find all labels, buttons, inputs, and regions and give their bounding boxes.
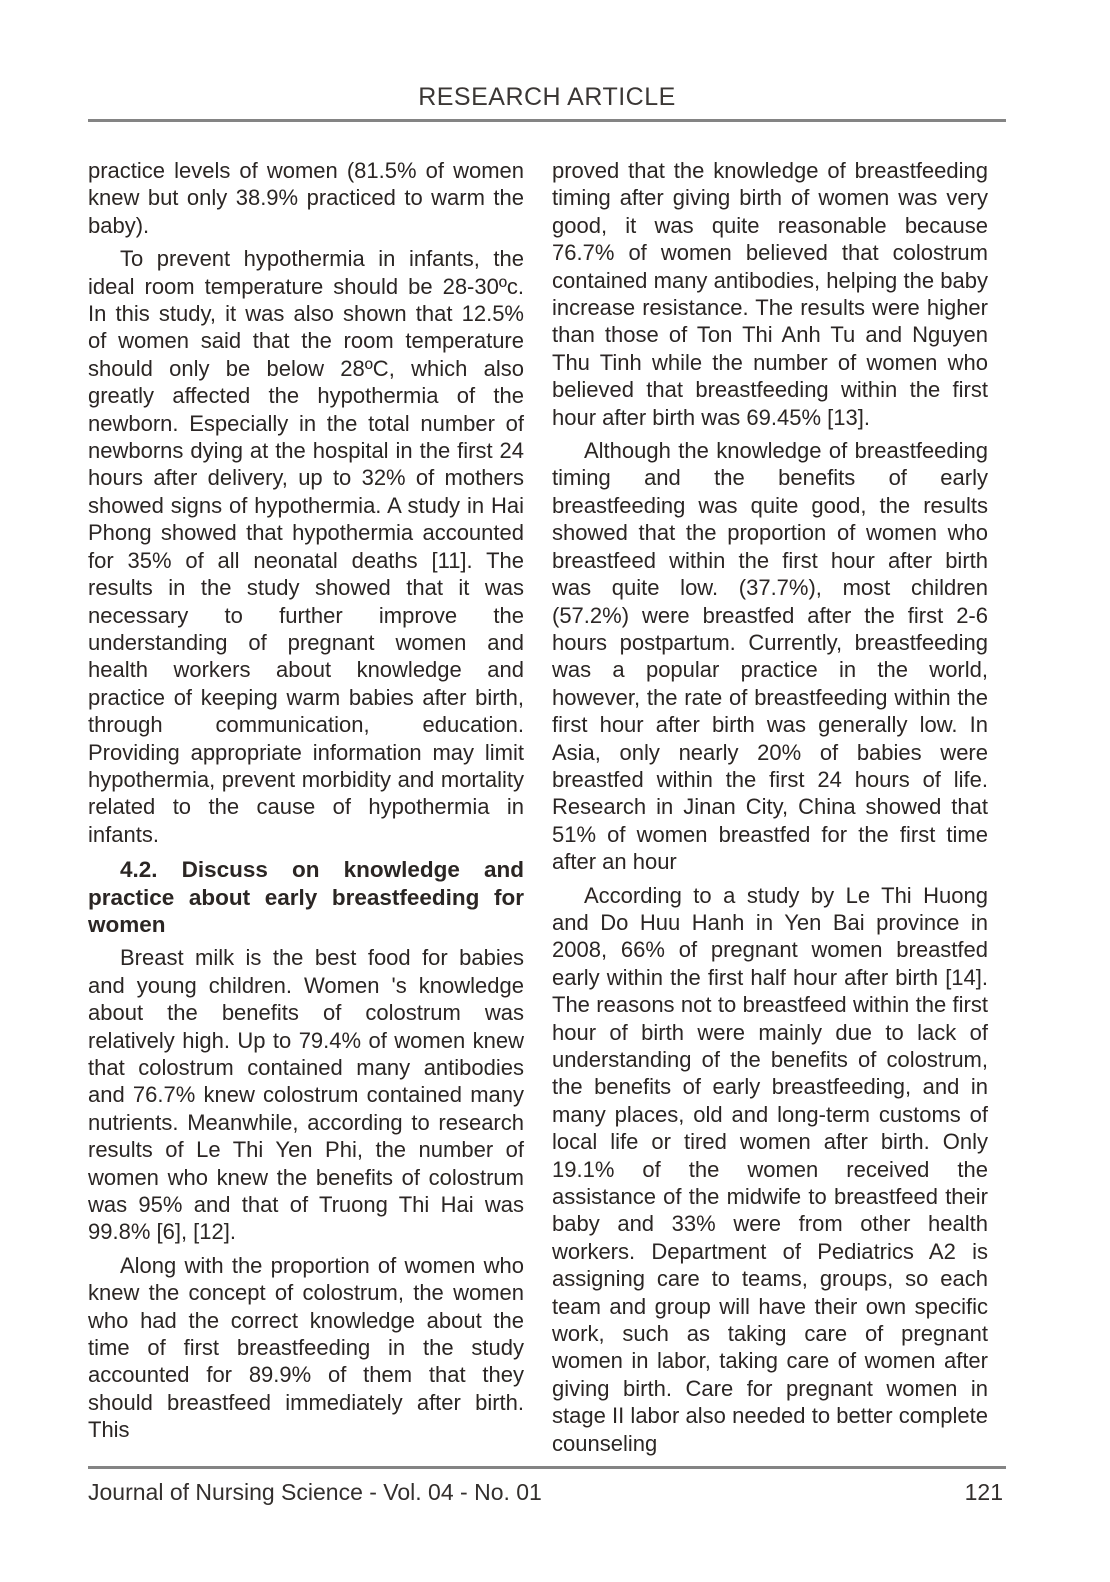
paragraph-continuation: practice levels of women (81.5% of women… xyxy=(88,157,524,239)
footer-rule xyxy=(88,1466,1006,1469)
paragraph-study-yen-bai: According to a study by Le Thi Huong and… xyxy=(552,882,988,1458)
right-column: proved that the knowledge of breastfeedi… xyxy=(552,157,988,1463)
paragraph-breastfeeding-rates: Although the knowledge of breastfeeding … xyxy=(552,437,988,876)
journal-page: RESEARCH ARTICLE practice levels of wome… xyxy=(0,0,1110,1582)
header-rule xyxy=(88,119,1006,122)
article-body: practice levels of women (81.5% of women… xyxy=(88,157,988,1463)
left-column: practice levels of women (81.5% of women… xyxy=(88,157,524,1463)
section-heading-4-2: 4.2. Discuss on knowledge and practice a… xyxy=(88,856,524,938)
article-type-heading: RESEARCH ARTICLE xyxy=(88,83,1006,112)
paragraph-knowledge-timing: proved that the knowledge of breastfeedi… xyxy=(552,157,988,431)
page-footer: Journal of Nursing Science - Vol. 04 - N… xyxy=(88,1479,1003,1506)
paragraph-breast-milk: Breast milk is the best food for babies … xyxy=(88,944,524,1245)
journal-name: Journal of Nursing Science - Vol. 04 - N… xyxy=(88,1479,542,1506)
paragraph-hypothermia-prevention: To prevent hypothermia in infants, the i… xyxy=(88,245,524,848)
paragraph-colostrum-concept: Along with the proportion of women who k… xyxy=(88,1252,524,1444)
page-number: 121 xyxy=(965,1479,1003,1506)
